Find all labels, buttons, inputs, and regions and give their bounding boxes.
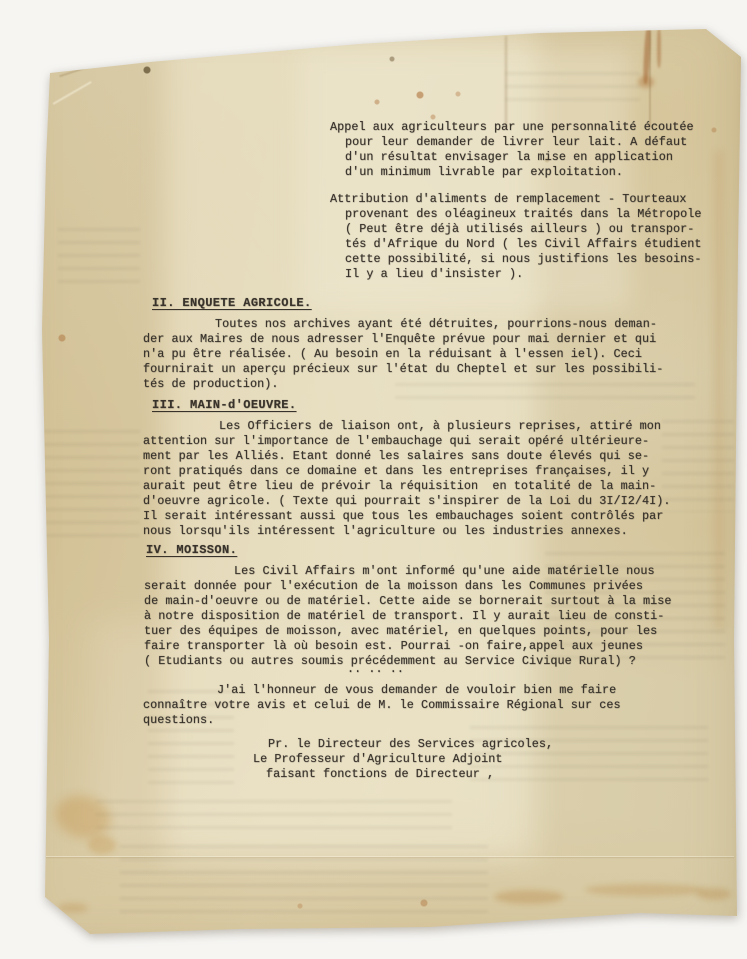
- vertical-crease: [505, 36, 507, 128]
- section-paragraph-moisson: Les Civil Affairs m'ont informé qu'une a…: [144, 564, 672, 669]
- bleed-through-text: [662, 420, 734, 512]
- bleed-through-text: [545, 552, 725, 660]
- bleed-through-text: [505, 72, 640, 106]
- light-patch: [90, 620, 510, 850]
- section-paragraph-main-doeuvre: Les Officiers de liaison ont, à plusieur…: [143, 419, 671, 539]
- drip-stain: [638, 76, 654, 88]
- corner-crease: [59, 57, 117, 77]
- section-heading-enquete-agricole: II. ENQUETE AGRICOLE.: [152, 296, 312, 311]
- intro-paragraph-feed-allocation: Attribution d'aliments de remplacement -…: [345, 192, 701, 282]
- drip-stain: [657, 28, 661, 68]
- intro-paragraph-milk-appeal: Appel aux agriculteurs par une personnal…: [345, 120, 694, 180]
- bottom-stain: [494, 890, 564, 904]
- scanned-document-page: Appel aux agriculteurs par une personnal…: [0, 0, 747, 959]
- signature-line-function: Pr. le Directeur des Services agricoles,: [268, 737, 553, 752]
- section-heading-moisson: IV. MOISSON.: [146, 543, 237, 558]
- corner-crease: [53, 81, 92, 104]
- corner-stain: [51, 789, 116, 844]
- fox-spots: [0, 0, 747, 959]
- signature-line-title: Le Professeur d'Agriculture Adjoint: [253, 752, 503, 767]
- bleed-through-text: [470, 726, 708, 784]
- separator-dots: .. .. ..: [347, 662, 404, 677]
- drip-stain: [642, 26, 651, 84]
- bleed-through-text: [96, 800, 452, 838]
- paper-sheet: Appel aux agriculteurs par une personnal…: [0, 0, 747, 959]
- light-patch: [165, 28, 537, 860]
- bleed-through-text: [148, 690, 234, 790]
- bleed-through-text: [58, 228, 140, 290]
- corner-stain: [88, 836, 116, 854]
- bleed-through-text: [120, 845, 488, 913]
- bleed-through-text: [395, 383, 695, 409]
- bottom-stain: [58, 903, 88, 913]
- light-patch: [300, 48, 630, 310]
- vertical-crease: [649, 26, 651, 126]
- section-paragraph-enquete-agricole: Toutes nos archives ayant été détruites,…: [143, 317, 663, 392]
- bottom-stain: [585, 884, 705, 896]
- signature-line-acting: faisant fonctions de Directeur ,: [266, 767, 494, 782]
- closing-paragraph: J'ai l'honneur de vous demander de voulo…: [143, 683, 621, 728]
- bleed-through-text: [40, 430, 140, 540]
- paper-shadow-wrap: Appel aux agriculteurs par une personnal…: [0, 0, 747, 959]
- bottom-stain: [697, 888, 731, 900]
- horizontal-crease: [46, 856, 734, 857]
- section-heading-main-doeuvre: III. MAIN-d'OEUVRE.: [152, 398, 296, 413]
- edge-stain: [714, 150, 724, 630]
